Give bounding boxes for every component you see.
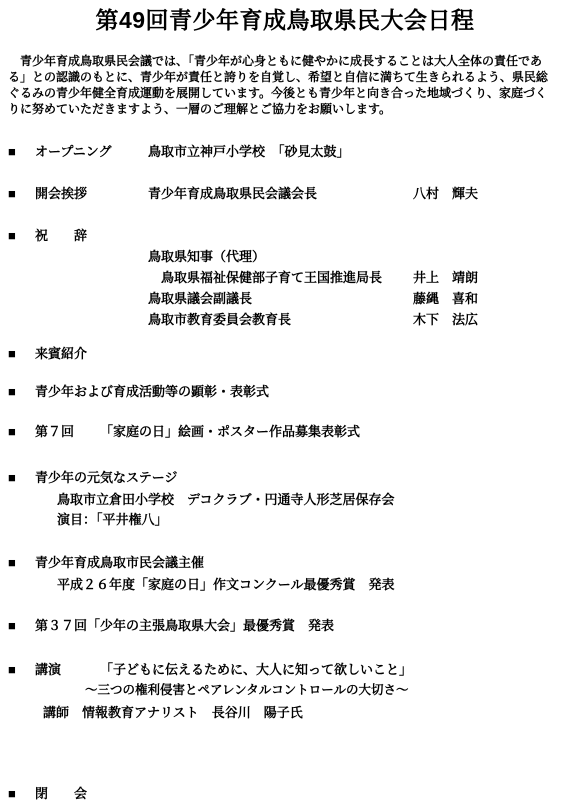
agenda-label: 祝 辞 — [35, 228, 87, 243]
intro-line-1: 青少年育成鳥取県民会議では、「青少年が心身ともに健やかに成長することは大人全体の… — [8, 53, 566, 69]
agenda-row-citizen-council: ■ 青少年育成鳥取市民会議主催 — [0, 555, 570, 571]
stage-sub-school: 鳥取市立倉田小学校 デコクラブ・円通寺人形芝居保存会 — [0, 492, 570, 508]
agenda-detail: 青少年育成鳥取県民会議会長 — [148, 186, 317, 201]
sub-text: 鳥取市教育委員会教育長 — [148, 312, 291, 327]
bullet-square-icon: ■ — [8, 555, 16, 570]
agenda-label: 第７回 — [35, 424, 74, 439]
speaker-name: 木下 法広 — [413, 312, 478, 327]
congratulations-sub-governor: 鳥取県知事（代理） — [0, 249, 570, 265]
agenda-detail: 鳥取市立神戸小学校 「砂見太鼓」 — [148, 144, 350, 159]
speaker-name: 藤縄 喜和 — [413, 291, 478, 306]
intro-paragraph: 青少年育成鳥取県民会議では、「青少年が心身ともに健やかに成長することは大人全体の… — [8, 53, 566, 117]
lecture-subtitle: ～三つの権利侵害とペアレンタルコントロールの大切さ～ — [85, 683, 408, 698]
agenda-label: 閉 会 — [35, 786, 87, 801]
agenda-label: 第３７回「少年の主張鳥取県大会」最優秀賞 発表 — [35, 618, 334, 633]
congratulations-sub-education: 鳥取市教育委員会教育長 木下 法広 — [0, 312, 570, 328]
speaker-name: 井上 靖朗 — [413, 270, 478, 285]
agenda-label: 開会挨拶 — [35, 186, 87, 201]
agenda-label: 来賓紹介 — [35, 346, 87, 361]
intro-line-2: る」との認識のもとに、青少年が責任と誇りを自覚し、希望と自信に満ちて生きられるよ… — [8, 69, 566, 85]
agenda-row-lecture: ■ 講演 「子どもに伝えるために、大人に知って欲しいこと」 — [0, 662, 570, 678]
stage-sub-program: 演目：「平井権八」 — [0, 512, 570, 528]
congratulations-sub-welfare: 鳥取県福祉保健部子育て王国推進局長 井上 靖朗 — [0, 270, 570, 286]
bullet-square-icon: ■ — [8, 470, 16, 485]
bullet-square-icon: ■ — [8, 662, 16, 677]
agenda-label: オープニング — [35, 144, 111, 159]
bullet-square-icon: ■ — [8, 618, 16, 633]
speaker-name: 八村 輝夫 — [413, 186, 478, 201]
agenda-row-opening: ■ オープニング 鳥取市立神戸小学校 「砂見太鼓」 — [0, 144, 570, 160]
agenda-row-stage: ■ 青少年の元気なステージ — [0, 470, 570, 486]
sub-text: 平成２６年度「家庭の日」作文コンクール最優秀賞 発表 — [57, 577, 394, 592]
lecturer-name: 講師 情報教育アナリスト 長谷川 陽子氏 — [43, 705, 303, 720]
intro-line-4: りに努めていただきますよう、一層のご理解とご協力をお願いします。 — [8, 101, 566, 117]
citizen-council-sub-essay: 平成２６年度「家庭の日」作文コンクール最優秀賞 発表 — [0, 577, 570, 593]
bullet-square-icon: ■ — [8, 346, 16, 361]
agenda-label: 青少年育成鳥取市民会議主催 — [35, 555, 204, 570]
bullet-square-icon: ■ — [8, 228, 16, 243]
intro-line-3: ぐるみの青少年健全育成運動を展開しています。今後とも青少年と向き合った地域づくり… — [8, 85, 566, 101]
sub-text: 鳥取県議会副議長 — [148, 291, 252, 306]
sub-text: 鳥取県福祉保健部子育て王国推進局長 — [148, 270, 382, 285]
bullet-square-icon: ■ — [8, 186, 16, 201]
sub-text: 鳥取市立倉田小学校 デコクラブ・円通寺人形芝居保存会 — [57, 492, 394, 507]
agenda-row-closing: ■ 閉 会 — [0, 786, 570, 802]
agenda-label: 青少年の元気なステージ — [35, 470, 177, 485]
page-title: 第49回青少年育成鳥取県民大会日程 — [0, 2, 570, 35]
sub-text: 演目：「平井権八」 — [57, 512, 168, 527]
agenda-row-guests: ■ 来賓紹介 — [0, 346, 570, 362]
agenda-row-speech-award: ■ 第３７回「少年の主張鳥取県大会」最優秀賞 発表 — [0, 618, 570, 634]
agenda-label: 青少年および育成活動等の顕彰・表彰式 — [35, 384, 269, 399]
agenda-row-greeting: ■ 開会挨拶 青少年育成鳥取県民会議会長 八村 輝夫 — [0, 186, 570, 202]
lecture-title: 「子どもに伝えるために、大人に知って欲しいこと」 — [100, 662, 412, 677]
bullet-square-icon: ■ — [8, 144, 16, 159]
agenda-row-commendation: ■ 青少年および育成活動等の顕彰・表彰式 — [0, 384, 570, 400]
sub-text: 鳥取県知事（代理） — [148, 249, 265, 264]
bullet-square-icon: ■ — [8, 424, 16, 439]
bullet-square-icon: ■ — [8, 384, 16, 399]
agenda-row-congratulations: ■ 祝 辞 — [0, 228, 570, 244]
agenda-label: 講演 — [35, 662, 61, 677]
agenda-detail: 「家庭の日」絵画・ポスター作品募集表彰式 — [100, 424, 360, 439]
document-page: 第49回青少年育成鳥取県民大会日程 青少年育成鳥取県民会議では、「青少年が心身と… — [0, 0, 570, 808]
lecture-sub-subtitle: ～三つの権利侵害とペアレンタルコントロールの大切さ～ — [0, 683, 570, 699]
congratulations-sub-assembly: 鳥取県議会副議長 藤縄 喜和 — [0, 291, 570, 307]
agenda-row-poster-award: ■ 第７回 「家庭の日」絵画・ポスター作品募集表彰式 — [0, 424, 570, 440]
bullet-square-icon: ■ — [8, 786, 16, 801]
lecture-sub-lecturer: 講師 情報教育アナリスト 長谷川 陽子氏 — [0, 705, 570, 721]
